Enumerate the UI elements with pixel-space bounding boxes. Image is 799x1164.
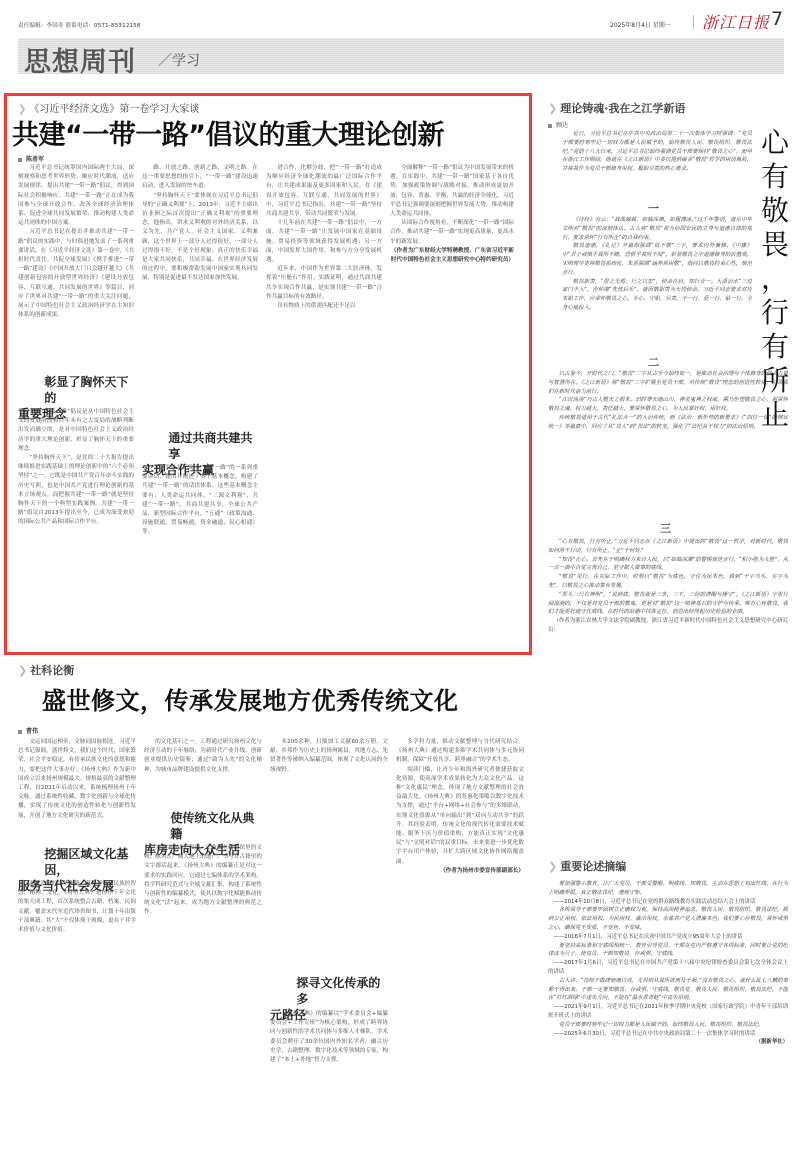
chevron-right-icon: ❯ [548, 102, 557, 115]
paragraph: “知畏”正心。首先在于明确权力来自人民，以“如临深渊”的警惕规范言行。“积小胜为… [548, 556, 788, 574]
article2-column-3b: 《扬州大典》的编纂以“学术委员会+编纂委员会+工作专班”为核心架构，形成了跨界协… [270, 1010, 388, 1150]
paragraph: 从国际合作视角看，不断深化“一带一路”国际合作，推动共建“一带一路”实现更高质量… [390, 219, 514, 247]
chevron-right-icon: ❯ [548, 860, 557, 873]
quote-source: ——2025年6月30日，习近平总书记在中共中央政治局第二十一次集体学习时的讲话 [548, 1030, 788, 1039]
paragraph: 敬畏道德，《礼记》开篇即强调“毋不敬”三字，要求内外兼修。《中庸》中“君子戒慎乎… [562, 242, 752, 277]
divider [764, 15, 765, 29]
right-part-1: 《诗经》有云：“战战兢兢，如临深渊，如履薄冰。”这千年警语，道尽中华文明对“敬畏… [562, 216, 752, 372]
paragraph: 《诗经》有云：“战战兢兢，如临深渊，如履薄冰。”这千年警语，道尽中华文明对“敬畏… [562, 216, 752, 242]
article2-column-2: 的文化基石之一。工程通过研究扬州文化与经济互动的千年脉络，为新时代产业升级、创新… [144, 738, 262, 806]
quote: 各级领导干部要牢固树立正确权力观，保持高尚精神追求，敬畏人民、敬畏组织、敬畏法纪… [548, 906, 788, 932]
author-name: 陈甬军 [26, 156, 44, 163]
paragraph: 的文化基石之一。工程通过研究扬州文化与经济互动的千年脉络，为新时代产业升级、创新… [144, 738, 262, 775]
paragraph: “心有敬畏，行有所止。”习近平同志在《之江新语》中提出的“敬畏”这一哲学，对新时… [548, 538, 788, 556]
section-header-sheke: ❯社科论衡 [18, 662, 74, 678]
author-note: （作者为广东财经大学特聘教授、广东省习近平新时代中国特色社会主义思想研究中心特约… [390, 247, 514, 265]
author-note: （作者为扬州市委宣传部副部长） [396, 867, 524, 876]
subheading-line: 使传统文化从典籍 [144, 810, 264, 842]
square-bullet-icon [548, 124, 552, 128]
article-column-3: 进合作，化解分歧，把“一带一路”打造成为顺应经济全球化潮流的最广泛国际合作平台，… [266, 164, 382, 648]
article-column-2: 路、开放之路、创新之路、文明之路。在这一重要思想的指引下，“一带一路”建设迅速启… [142, 164, 258, 432]
subheading-line: 挖掘区域文化基因， [18, 846, 138, 878]
square-bullet-icon [18, 158, 22, 162]
section-number-2: 二 [648, 354, 659, 370]
section-subtitle: ／学习 [158, 50, 200, 70]
paragraph: 路、开放之路、创新之路、文明之路。在这一重要思想的指引下，“一带一路”建设迅速启… [142, 164, 258, 192]
right-intro: 近日，习近平总书记在中共中央政治局第二十一次集体学习时强调：“党员干部要时刻牢记… [562, 130, 752, 202]
title-char: 行 [760, 296, 790, 330]
page-number: 7 [771, 8, 783, 30]
article-column-2b: 习近平总书记关于“一带一路”的一系列重要讲话，提出并阐述了多个基本概念，构建了共… [142, 464, 258, 648]
title-char: 有 [760, 160, 790, 194]
paragraph: 文运同国运相牵，文脉同国脉相连。习近平总书记强调，盛世修文，我们这个时代，国家繁… [18, 738, 136, 821]
right-part-3: “心有敬畏，行有所止。”习近平同志在《之江新语》中提出的“敬畏”这一哲学，对新时… [548, 538, 788, 840]
section-label: 社科论衡 [30, 664, 74, 677]
subheading-line: 通过共商共建共享 [142, 430, 260, 462]
divider [693, 15, 694, 29]
article-column-4: 全面解释“一带一路”倡议为中国发展带来的机遇。在实践中，共建“一带一路”国家基于… [390, 164, 514, 648]
paragraph: 传统敬畏适用于古代“礼法合一”的人治传统，而《法治：新形势的新要求》《“四位一体… [548, 414, 788, 432]
paragraph: 习近平总书记关于“一带一路”的一系列重要讲话，提出并阐述了多个基本概念，构建了共… [142, 464, 258, 538]
article-headline-2: 盛世修文，传承发展地方优秀传统文化 [42, 681, 459, 716]
quote: 要坚持高标准和守底线相统一，教育引导党员、干部在党内严格遵守各项标准，同时要让党… [548, 942, 788, 960]
quote-source: ——2021年9月1日，习近平总书记在2021年秋季学期中央党校（国家行政学院）… [548, 1003, 788, 1021]
article2-column-1: 文运同国运相牵，文脉同国脉相连。习近平总书记强调，盛世修文，我们这个时代，国家繁… [18, 738, 136, 840]
paragraph: 近年来，中国作为世界第二大经济体，发挥着“压舱石”作用。实践证明，通过共商共建共… [266, 265, 382, 302]
section-header-zhaibian: ❯重要论述摘编 [548, 858, 626, 874]
quote: 古人讲：“畏则不敢肆而德以成，无畏则从其所欲而及于祸。”没有敬畏之心，就什么乱七… [548, 977, 788, 1003]
section-title: 思想周刊 [24, 40, 136, 79]
article2-column-1b: 卷帙浩繁的中华典籍，蕴含着中华民族的智慧、精神、文化。《扬州大典》是扬州千年文化… [18, 880, 136, 1150]
agency-credit: （据新华社） [548, 1038, 788, 1047]
section-number-1: 一 [648, 200, 659, 216]
paragraph: 多学科力量，推动文献整理与当代研究结合。《扬州大典》通过构建多维学术共同体与多元… [396, 738, 524, 766]
quote-source: ——2017年1月6日，习近平总书记在中国共产党第十八届中央纪律检查委员会第七次… [548, 959, 788, 977]
quotes-list: 要加强警示教育，让广大党员、干部受警醒、明底线、知敬畏，主动在思想上划出红线，在… [548, 880, 788, 1142]
paragraph: “江汉汤汤”乃古人敬天之根本。旧时尊天地山川，神灵鬼神之权威，需乃形塑敬畏之心，… [548, 396, 788, 414]
paragraph: 近日，习近平总书记在中共中央政治局第二十一次集体学习时强调：“党员干部要时刻牢记… [562, 130, 752, 174]
title-char: 有 [760, 330, 790, 364]
chevron-right-icon: ❯ [18, 664, 27, 677]
quote: 党员干部要时刻牢记一切权力都是人民赋予的，始终敬畏人民、敬畏组织、敬畏法纪。 [548, 1021, 788, 1030]
paragraph: “帮头三尺有神明”，“说到底，敬畏就是三条，三不，三信的清醒与操守”。《之江新语… [548, 591, 788, 617]
editor-contact-line: 责任编辑：李国寿 联系电话：0571-85312158 [18, 21, 141, 29]
paragraph: “坚持胸怀天下”要体现在习近平总书记倡导的“正确义利观”上。2013年，习近平主… [142, 192, 258, 284]
paragraph: 本200余种，扫描加工文献60余万册。文献、乡邦作为历史上的扬州属县，其地方志、… [270, 738, 388, 775]
section-label: 重要论述摘编 [560, 860, 626, 873]
paragraph: 习近平总书记强调，让收藏在博物馆里的文物、陈列在广阔大地上的遗产、书写在古籍里的… [144, 844, 262, 918]
article2-column-3: 本200余种，扫描加工文献60余万册。文献、乡邦作为历史上的扬州属县，其地方志、… [270, 738, 388, 970]
article-headline: 共建“一带一路”倡议的重大理论创新 [12, 113, 528, 152]
article-byline-2: 曹伟 [18, 726, 38, 735]
paragraph: 全面解释“一带一路”倡议为中国发展带来的机遇。在实践中，共建“一带一路”国家基于… [390, 164, 514, 219]
article2-column-4: 多学科力量，推动文献整理与当代研究结合。《扬州大典》通过构建多维学术共同体与多元… [396, 738, 524, 1130]
paragraph: “敬畏”见行。在实际工作中，时刻以“敬畏”为底色，守住为民本色，做到“干字当头、… [548, 573, 788, 591]
article-column-1b: 共建“一带一路”倡议是从中国特色社会主义的发展阶段和百年未有之大变局的战略判断出… [18, 408, 134, 648]
section-header-lilun: ❯理论铸魂·我在之江学新语 [548, 100, 685, 116]
author-note: （作者为浙江农林大学文法学院副教授、浙江省习近平新时代中国特色社会主义思想研究中… [548, 617, 788, 635]
section-banner: 思想周刊 ／学习 [18, 38, 784, 74]
quote-source: ——2016年7月1日，习近平总书记在庆祝中国共产党成立95周年大会上的讲话 [548, 933, 788, 942]
right-byline: 顾达 [548, 120, 568, 129]
article2-column-2b: 习近平总书记强调，让收藏在博物馆里的文物、陈列在广阔大地上的遗产、书写在古籍里的… [144, 844, 262, 1150]
paragraph: 《扬州大典》的编纂以“学术委员会+编纂委员会+工作专班”为核心架构，形成了跨界协… [270, 1010, 388, 1065]
square-bullet-icon [18, 730, 22, 734]
quote-source: ——2014年10月8日，习近平总书记在党的群众路线教育实践活动总结大会上的讲话 [548, 898, 788, 907]
page-header: 责任编辑：李国寿 联系电话：0571-85312158 2025年8月4日 星期… [0, 0, 799, 38]
paragraph: 卷帙浩繁的中华典籍，蕴含着中华民族的智慧、精神、文化。《扬州大典》是扬州千年文化… [18, 880, 136, 935]
section-number-3: 三 [660, 520, 671, 536]
paragraph: 共建“一带一路”倡议是从中国特色社会主义的发展阶段和百年未有之大变局的战略判断出… [18, 408, 134, 454]
title-char: 心 [760, 126, 790, 160]
paragraph: 十几年前在共建“一带一路”倡议中，一方面，共建“一带一路”让发展中国家在基础设施… [266, 219, 382, 265]
title-char: 畏 [760, 228, 790, 262]
subheading-line: 探寻文化传承的多 [270, 975, 390, 1007]
paragraph: 阅读门槛，让青少年和海外研究者便捷获取文化资源，使高深学术成果转化为大众文化产品… [396, 766, 524, 867]
paragraph: 仅有物质上的供需匹配还不足以 [266, 302, 382, 311]
paragraph: 进合作，化解分歧，把“一带一路”打造成为顺应经济全球化潮流的最广泛国际合作平台，… [266, 164, 382, 219]
article-column-1: 习近平总书记统筹国内国际两个大局，深刻观察和思考世界形势，顺应时代潮流，适应发展… [18, 164, 134, 369]
section-label: 理论铸魂·我在之江学新语 [560, 102, 685, 115]
paragraph: “坚持胸怀天下”，是党的二十大报告提出继续推进实践基础上的理论创新中的“六个必须… [18, 454, 134, 528]
paragraph: 以古鉴今，开时代之门。“敬畏”二字从古至今始终如一，是推动社会治理与个体修身的强… [548, 370, 788, 396]
newspaper-masthead: 浙江日报 [702, 10, 770, 33]
issue-date: 2025年8月4日 星期一 [610, 20, 671, 29]
article-byline: 陈甬军 [18, 154, 44, 163]
title-char: ， [760, 262, 790, 296]
paragraph: 敬畏职责，“居之无倦，行之以忠”，使命在肩，知行合一。大禹治水“三过家门不入”，… [562, 278, 752, 313]
right-part-2: 以古鉴今，开时代之门。“敬畏”二字从古至今始终如一，是推动社会治理与个体修身的强… [548, 370, 788, 520]
author-name: 顾达 [556, 122, 568, 129]
author-name: 曹伟 [26, 728, 38, 735]
subheading-line: 彰显了胸怀天下的 [18, 374, 136, 406]
title-char: 敬 [760, 194, 790, 228]
quote: 要加强警示教育，让广大党员、干部受警醒、明底线、知敬畏，主动在思想上划出红线，在… [548, 880, 788, 898]
paragraph: 习近平总书记统筹国内国际两个大局，深刻观察和思考世界形势，顺应时代潮流，适应发展… [18, 164, 134, 228]
paragraph: 习近平总书记在提出并推动共建“一带一路”倡议的实践中，与时俱进地发表了一系列重要… [18, 228, 134, 320]
